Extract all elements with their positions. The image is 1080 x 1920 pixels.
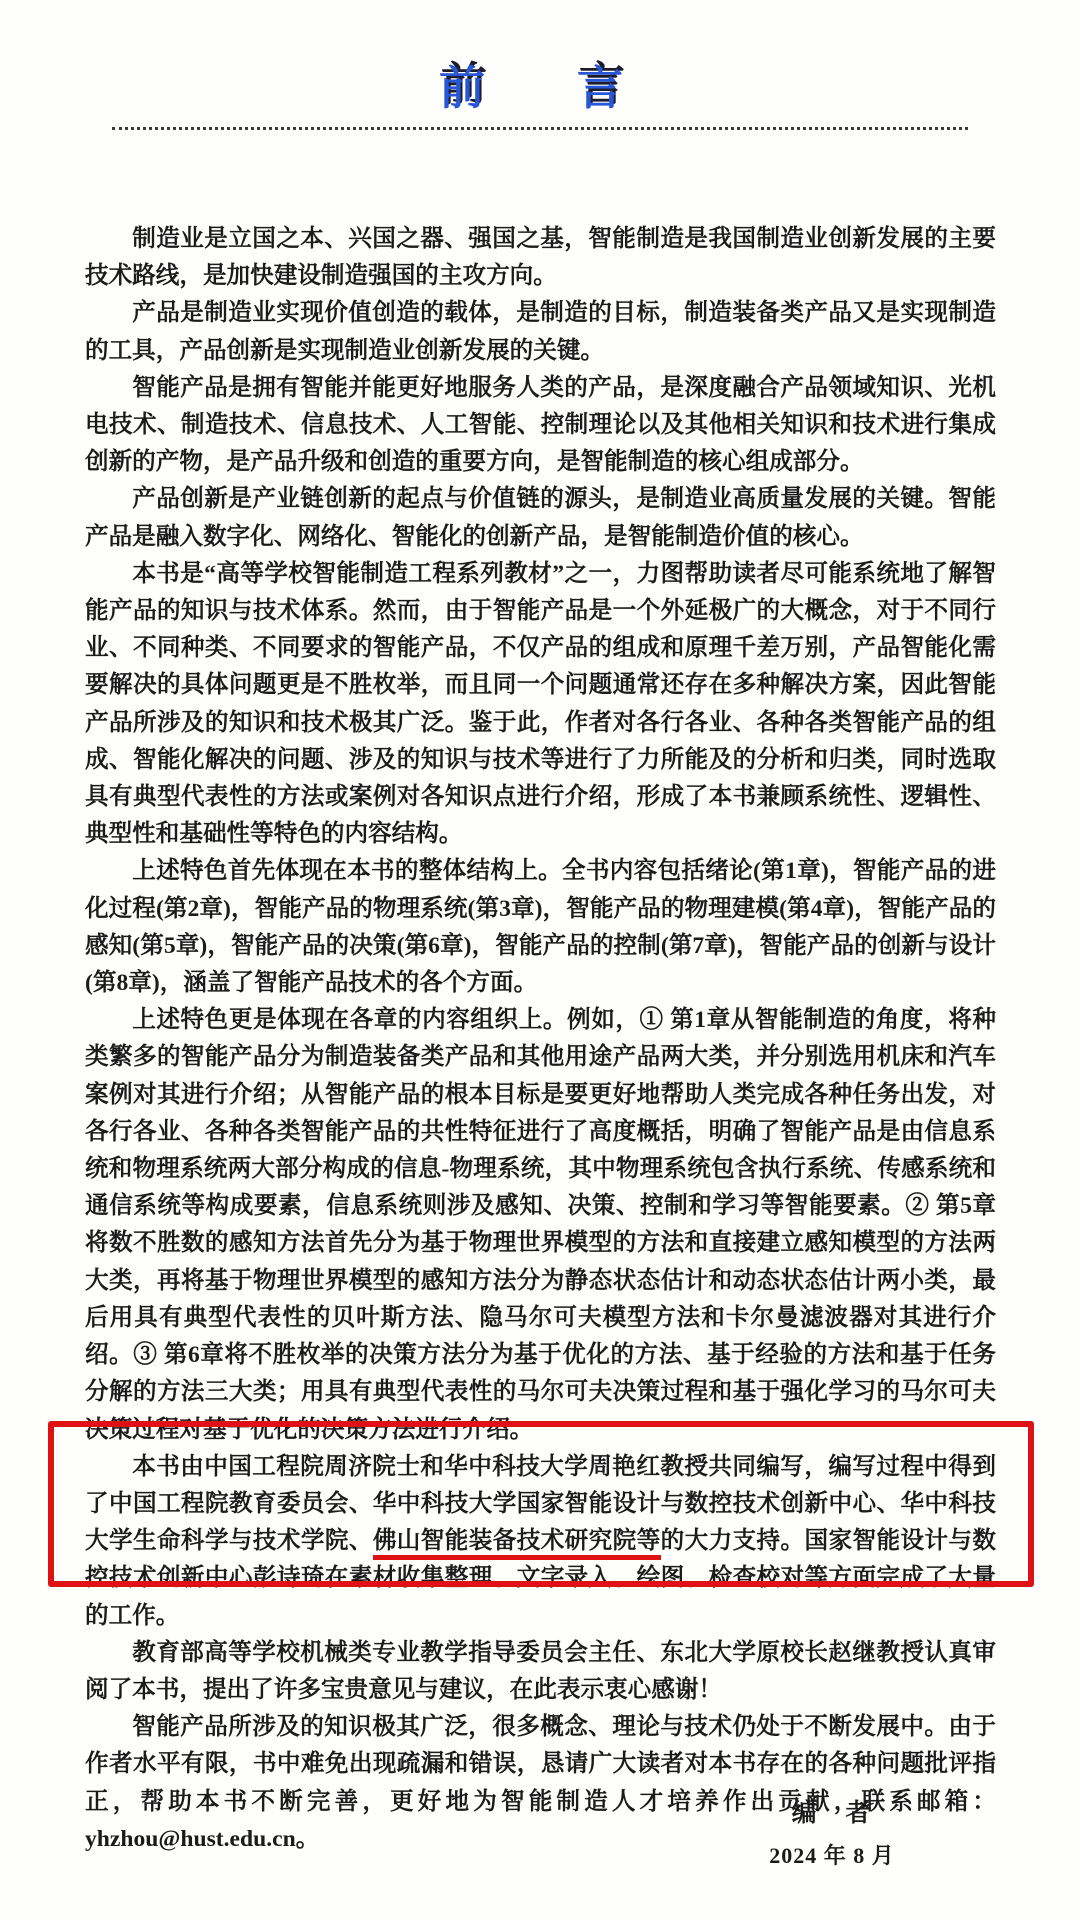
preface-body: 制造业是立国之本、兴国之器、强国之基，智能制造是我国制造业创新发展的主要技术路线…	[85, 221, 996, 1858]
paragraph-book-purpose: 本书是“高等学校智能制造工程系列教材”之一，力图帮助读者尽可能系统地了解智能产品…	[85, 556, 996, 854]
paragraph-reviewer-thanks: 教育部高等学校机械类专业教学指导委员会主任、东北大学原校长赵继教授认真审阅了本书…	[85, 1635, 996, 1709]
page-title: 前 言	[0, 66, 1062, 112]
paragraph-smart-product-definition: 智能产品是拥有智能并能更好地服务人类的产品，是深度融合产品领域知识、光机电技术、…	[85, 370, 996, 482]
paragraph-chapter-organization: 上述特色更是体现在各章的内容组织上。例如，① 第1章从智能制造的角度，将种类繁多…	[85, 1002, 996, 1448]
title-divider-dotted-rule	[112, 111, 968, 130]
paragraph-product-innovation: 产品创新是产业链创新的起点与价值链的源头，是制造业高质量发展的关键。智能产品是融…	[85, 481, 996, 555]
author-signature: 编 者	[732, 1793, 932, 1829]
paragraph-intro-manufacturing: 制造业是立国之本、兴国之器、强国之基，智能制造是我国制造业创新发展的主要技术路线…	[85, 221, 996, 295]
signature-block: 编 者 2024 年 8 月	[732, 1793, 932, 1870]
signature-date: 2024 年 8 月	[732, 1839, 932, 1870]
paragraph-book-structure: 上述特色首先体现在本书的整体结构上。全书内容包括绪论(第1章)，智能产品的进化过…	[85, 853, 996, 1002]
preface-page: 前 言 制造业是立国之本、兴国之器、强国之基，智能制造是我国制造业创新发展的主要…	[0, 0, 1080, 1920]
red-highlight-box-annotation	[48, 1421, 1034, 1587]
paragraph-product-value: 产品是制造业实现价值创造的载体，是制造的目标，制造装备类产品又是实现制造的工具，…	[85, 295, 996, 369]
